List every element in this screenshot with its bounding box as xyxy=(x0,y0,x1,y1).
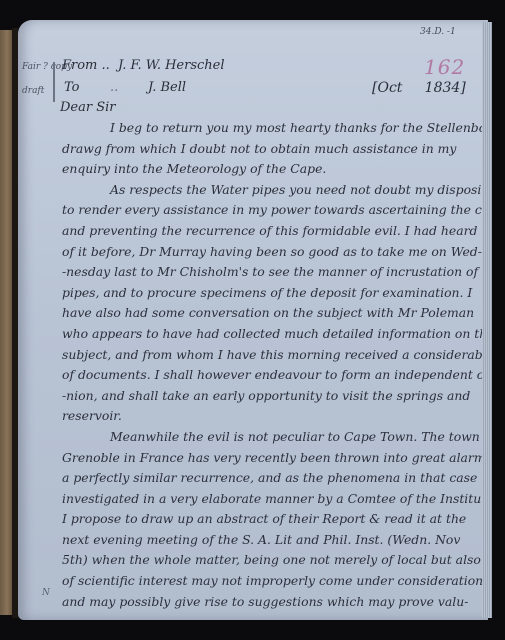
page-edges xyxy=(482,22,492,618)
body-line: Meanwhile the evil is not peculiar to Ca… xyxy=(62,427,482,448)
body-line: of documents. I shall however endeavour … xyxy=(62,365,482,386)
body-line: of it before, Dr Murray having been so g… xyxy=(62,242,482,263)
body-line: drawg from which I doubt not to obtain m… xyxy=(62,139,482,160)
margin-brace xyxy=(53,62,55,102)
body-line: and preventing the recurrence of this fo… xyxy=(62,221,482,242)
body-line: -nesday last to Mr Chisholm's to see the… xyxy=(62,262,482,283)
to-label: To xyxy=(64,80,80,95)
body-line: a perfectly similar recurrence, and as t… xyxy=(62,468,482,489)
body-line: next evening meeting of the S. A. Lit an… xyxy=(62,530,482,551)
margin-note-draft: draft xyxy=(22,86,44,96)
sender-name: J. F. W. Herschel xyxy=(118,58,225,73)
salutation: Dear Sir xyxy=(60,100,116,115)
body-line: I beg to return you my most hearty thank… xyxy=(62,118,482,139)
body-line: -nion, and shall take an early opportuni… xyxy=(62,386,482,407)
body-line: I propose to draw up an abstract of thei… xyxy=(62,509,482,530)
to-dots: .. xyxy=(110,80,118,95)
reference-number: 34.D. -1 xyxy=(420,27,456,37)
body-line: of scientific interest may not improperl… xyxy=(62,571,482,592)
body-line: subject, and from whom I have this morni… xyxy=(62,345,482,366)
body-line: 5th) when the whole matter, being one no… xyxy=(62,550,482,571)
body-line: pipes, and to procure specimens of the d… xyxy=(62,283,482,304)
margin-mark: N xyxy=(42,588,50,598)
body-line: enquiry into the Meteorology of the Cape… xyxy=(62,159,482,180)
recipient-name: J. Bell xyxy=(148,80,186,95)
from-label: From .. xyxy=(62,58,110,73)
body-line: reservoir. xyxy=(62,406,482,427)
letter-body: I beg to return you my most hearty thank… xyxy=(62,118,482,612)
body-line: As respects the Water pipes you need not… xyxy=(62,180,482,201)
body-line: and may possibly give rise to suggestion… xyxy=(62,592,482,613)
body-line: have also had some conversation on the s… xyxy=(62,303,482,324)
body-line: who appears to have had collected much d… xyxy=(62,324,482,345)
body-line: to render every assistance in my power t… xyxy=(62,200,482,221)
folio-number: 162 xyxy=(424,55,465,79)
body-line: Grenoble in France has very recently bee… xyxy=(62,448,482,469)
letter-date: [Oct 1834] xyxy=(372,80,466,96)
body-line: investigated in a very elaborate manner … xyxy=(62,489,482,510)
